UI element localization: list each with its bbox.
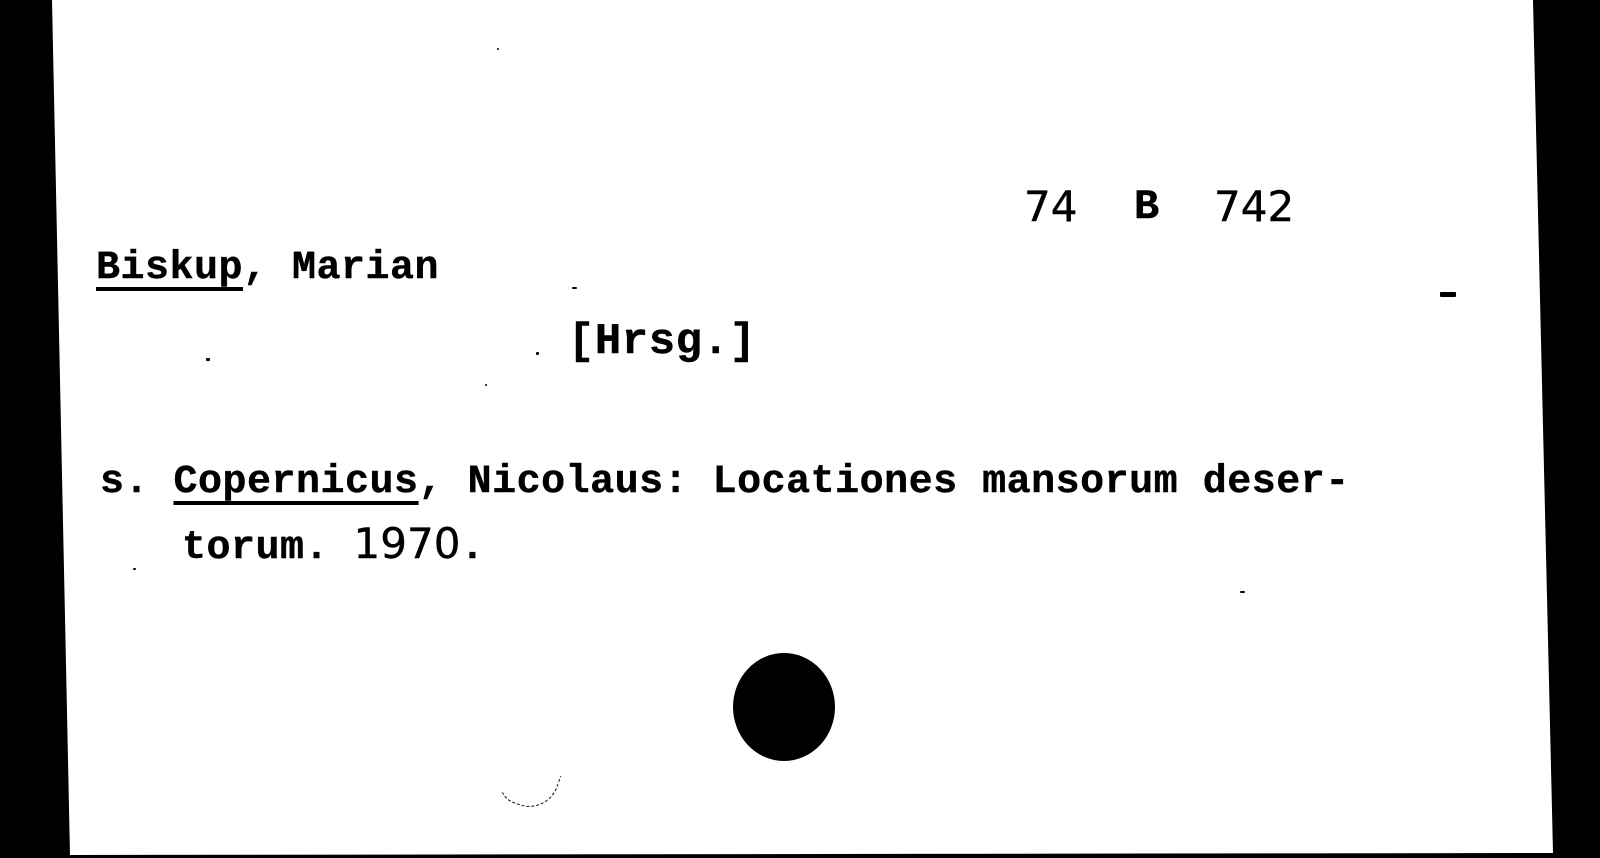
speck (536, 352, 539, 355)
catalog-card: 74 B 742 Biskup, Marian [Hrsg.] s. Coper… (0, 0, 1600, 858)
reference-year: 1970 (354, 519, 461, 568)
scan-stage: 74 B 742 Biskup, Marian [Hrsg.] s. Coper… (0, 0, 1600, 858)
ring-stain-mark (495, 757, 562, 816)
reference-title-part-2: torum. (182, 526, 354, 571)
see-reference-line-2: torum. 1970. (182, 523, 485, 569)
speck (1440, 292, 1456, 297)
reference-title-part-1: , Nicolaus: Locationes mansorum deser- (419, 460, 1350, 505)
shelfmark-part: B (1134, 186, 1159, 228)
see-reference-line-1: s. Copernicus, Nicolaus: Locationes mans… (100, 463, 1350, 503)
shelfmark-part: 742 (1214, 186, 1294, 228)
reference-author-surname: Copernicus (174, 460, 419, 505)
speck (572, 287, 577, 289)
speck (1240, 591, 1245, 593)
author-heading: Biskup, Marian (96, 249, 439, 289)
speck (206, 358, 210, 361)
speck (485, 384, 487, 386)
punch-hole (733, 653, 835, 761)
shelfmark-part: 74 (1024, 186, 1077, 228)
editor-role: [Hrsg.] (568, 320, 756, 364)
author-surname: Biskup (96, 246, 243, 291)
author-given-name: , Marian (243, 246, 439, 291)
shelfmark: 74 B 742 (1024, 186, 1104, 396)
speck (133, 568, 136, 570)
speck (497, 48, 499, 50)
reference-end-period: . (460, 526, 485, 571)
see-prefix: s. (100, 460, 174, 505)
